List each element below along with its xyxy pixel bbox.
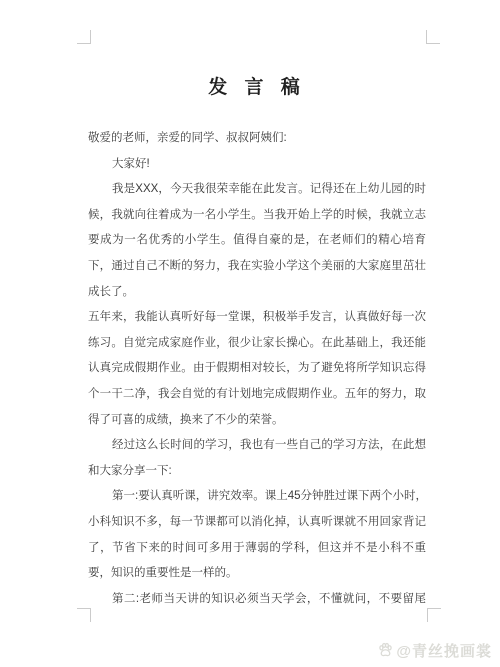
page-title: 发 言 稿 — [88, 72, 426, 99]
doc-line: 认真完成假期作业。由于假期相对较长，为了避免将所学知识忘得 — [88, 356, 426, 382]
doc-line: 了，节省下来的时间可多用于薄弱的学科，但这并不是小科不重 — [88, 536, 426, 562]
doc-line: 我是XXX，今天我很荣幸能在此发言。记得还在上幼儿园的时 — [88, 177, 426, 203]
paw-icon — [377, 642, 394, 659]
margin-mark-top-right — [426, 30, 440, 44]
document-page: 发 言 稿 敬爱的老师，亲爱的同学、叔叔阿姨们: 大家好! 我是XXX，今天我很… — [0, 0, 500, 667]
doc-line: 要，知识的重要性是一样的。 — [88, 561, 426, 587]
doc-line: 成长了。 — [88, 280, 426, 306]
watermark: @青丝挽画裳 — [377, 640, 492, 661]
doc-line: 个一干二净，我会自觉的有计划地完成假期作业。五年的努力，取 — [88, 382, 426, 408]
doc-line: 小科知识不多，每一节课都可以消化掉，认真听课就不用回家背记 — [88, 510, 426, 536]
doc-line: 第一:要认真听课，讲究效率。课上45分钟胜过课下两个小时， — [88, 484, 426, 510]
doc-line: 得了可喜的成绩，换来了不少的荣誉。 — [88, 408, 426, 434]
doc-line: 敬爱的老师，亲爱的同学、叔叔阿姨们: — [88, 126, 426, 152]
doc-line: 五年来，我能认真听好每一堂课，积极举手发言，认真做好每一次 — [88, 305, 426, 331]
doc-line: 要成为一名优秀的小学生。值得自豪的是，在老师们的精心培育 — [88, 228, 426, 254]
document-body: 敬爱的老师，亲爱的同学、叔叔阿姨们: 大家好! 我是XXX，今天我很荣幸能在此发… — [88, 126, 426, 612]
doc-line: 练习。自觉完成家庭作业，很少让家长操心。在此基础上，我还能 — [88, 331, 426, 357]
doc-line: 下，通过自己不断的努力，我在实验小学这个美丽的大家庭里茁壮 — [88, 254, 426, 280]
doc-line: 经过这么长时间的学习，我也有一些自己的学习方法，在此想 — [88, 433, 426, 459]
doc-line: 第二:老师当天讲的知识必须当天学会，不懂就问，不要留尾 — [88, 587, 426, 613]
doc-line: 候，我就向往着成为一名小学生。当我开始上学的时候，我就立志 — [88, 203, 426, 229]
doc-line: 大家好! — [88, 152, 426, 178]
margin-mark-bottom-right — [427, 608, 441, 622]
doc-line: 和大家分享一下: — [88, 459, 426, 485]
watermark-text: @青丝挽画裳 — [396, 640, 492, 661]
margin-mark-top-left — [77, 30, 91, 44]
